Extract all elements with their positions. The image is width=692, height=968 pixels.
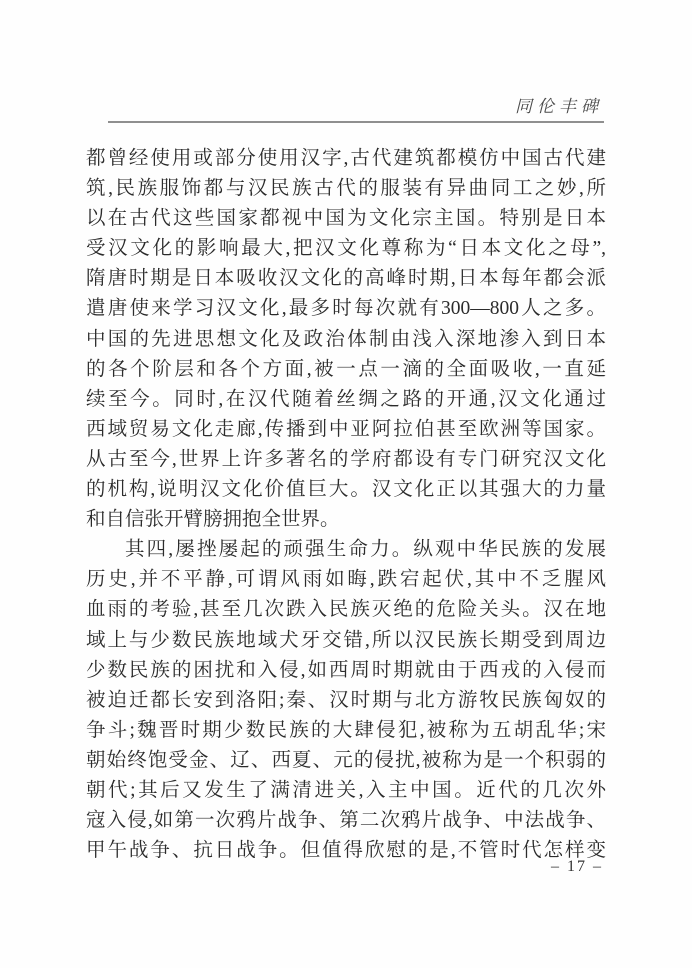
text-line: 隋唐时期是日本吸收汉文化的高峰时期,日本每年都会派 (86, 264, 606, 294)
text-line: 历史,并不平静,可谓风雨如晦,跌宕起伏,其中不乏腥风 (86, 565, 606, 595)
text-line: 朝代;其后又发生了满清进关,入主中国。近代的几次外 (86, 776, 606, 806)
text-line: 和自信张开臂膀拥抱全世界。 (86, 505, 606, 535)
book-page: 同伦丰碑 都曾经使用或部分使用汉字,古代建筑都模仿中国古代建 筑,民族服饰都与汉… (0, 0, 692, 968)
text-line: 受汉文化的影响最大,把汉文化尊称为“日本文化之母”, (86, 234, 606, 264)
text-line: 朝始终饱受金、辽、西夏、元的侵扰,被称为是一个积弱的 (86, 746, 606, 776)
text-line: 西域贸易文化走廊,传播到中亚阿拉伯甚至欧洲等国家。 (86, 415, 606, 445)
text-line: 中国的先进思想文化及政治体制由浅入深地渗入到日本 (86, 325, 606, 355)
text-line: 寇入侵,如第一次鸦片战争、第二次鸦片战争、中法战争、 (86, 806, 606, 836)
text-line: 被迫迁都长安到洛阳;秦、汉时期与北方游牧民族匈奴的 (86, 686, 606, 716)
header-rule (108, 121, 604, 123)
text-line: 续至今。同时,在汉代随着丝绸之路的开通,汉文化通过 (86, 385, 606, 415)
text-line: 以在古代这些国家都视中国为文化宗主国。特别是日本 (86, 204, 606, 234)
text-line: 其四,屡挫屡起的顽强生命力。纵观中华民族的发展 (86, 535, 606, 565)
text-line: 的机构,说明汉文化价值巨大。汉文化正以其强大的力量 (86, 475, 606, 505)
text-line: 血雨的考验,甚至几次跌入民族灭绝的危险关头。汉在地 (86, 595, 606, 625)
text-line: 都曾经使用或部分使用汉字,古代建筑都模仿中国古代建 (86, 144, 606, 174)
body-text: 都曾经使用或部分使用汉字,古代建筑都模仿中国古代建 筑,民族服饰都与汉民族古代的… (86, 144, 606, 866)
text-line: 遣唐使来学习汉文化,最多时每次就有300—800人之多。 (86, 294, 606, 324)
text-line: 域上与少数民族地域犬牙交错,所以汉民族长期受到周边 (86, 626, 606, 656)
text-line: 甲午战争、抗日战争。但值得欣慰的是,不管时代怎样变 (86, 836, 606, 866)
text-line: 筑,民族服饰都与汉民族古代的服装有异曲同工之妙,所 (86, 174, 606, 204)
text-line: 少数民族的困扰和入侵,如西周时期就由于西戎的入侵而 (86, 656, 606, 686)
text-line: 争斗;魏晋时期少数民族的大肆侵犯,被称为五胡乱华;宋 (86, 716, 606, 746)
text-line: 的各个阶层和各个方面,被一点一滴的全面吸收,一直延 (86, 355, 606, 385)
running-header-title: 同伦丰碑 (515, 92, 603, 117)
page-number: – 17 – (551, 858, 603, 876)
text-line: 从古至今,世界上许多著名的学府都设有专门研究汉文化 (86, 445, 606, 475)
